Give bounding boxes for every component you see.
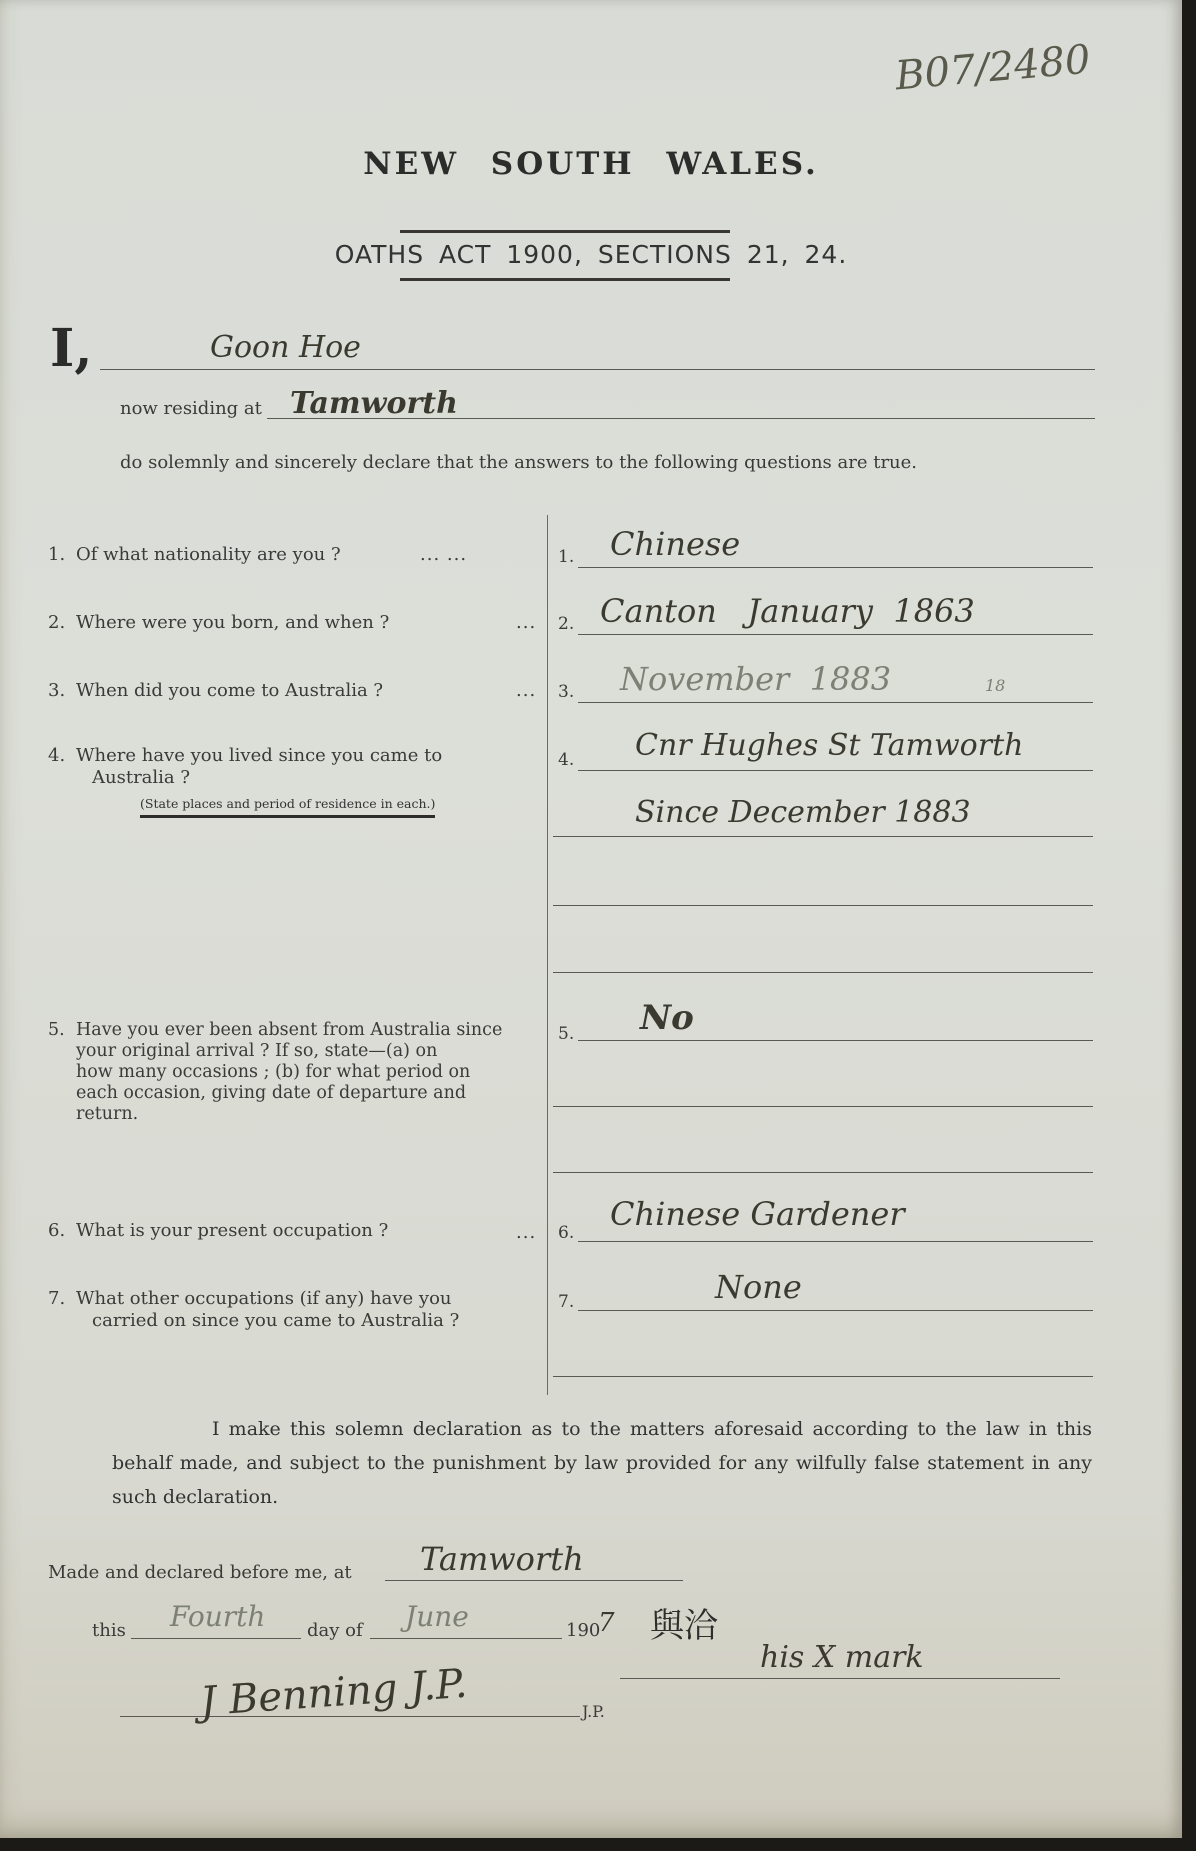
answer-6-number: 6. bbox=[558, 1223, 574, 1243]
place-line bbox=[385, 1580, 683, 1581]
declarant-name: Goon Hoe bbox=[210, 330, 361, 365]
declaration-intro: do solemnly and sincerely declare that t… bbox=[120, 452, 917, 473]
answer-6-line bbox=[578, 1241, 1093, 1242]
answer-5-number: 5. bbox=[558, 1024, 574, 1044]
answer-7-value: None bbox=[715, 1268, 802, 1306]
question-2-leader: ... bbox=[516, 612, 536, 633]
answer-4-number: 4. bbox=[558, 750, 574, 770]
document-page: B07/2480 NEW SOUTH WALES. OATHS ACT 1900… bbox=[0, 0, 1182, 1838]
subtitle-bottom-rule bbox=[400, 278, 730, 281]
made-declared-label: Made and declared before me, at bbox=[48, 1562, 352, 1583]
answer-5-line-3 bbox=[553, 1172, 1093, 1173]
this-label: this bbox=[92, 1620, 126, 1641]
answer-4-line-2 bbox=[553, 836, 1093, 837]
name-line bbox=[100, 369, 1095, 370]
question-2: 2.Where were you born, and when ? bbox=[48, 612, 538, 634]
answer-5-line-2 bbox=[553, 1106, 1093, 1107]
question-4: 4.Where have you lived since you came to… bbox=[48, 745, 538, 789]
question-3: 3.When did you come to Australia ? bbox=[48, 680, 538, 702]
answer-5-value: No bbox=[640, 998, 694, 1038]
column-divider bbox=[547, 515, 548, 1395]
answer-4-line-1 bbox=[578, 770, 1093, 771]
year-suffix: 7 bbox=[598, 1608, 615, 1638]
answer-4-line-4 bbox=[553, 972, 1093, 973]
answer-1-number: 1. bbox=[558, 547, 574, 567]
residing-label: now residing at bbox=[120, 398, 262, 419]
jp-label: J.P. bbox=[582, 1702, 605, 1721]
question-1-leader: ... ... bbox=[420, 544, 467, 565]
subtitle-top-rule bbox=[400, 230, 730, 233]
question-5: 5.Have you ever been absent from Austral… bbox=[48, 1020, 538, 1125]
answer-2-number: 2. bbox=[558, 614, 574, 634]
document-title: NEW SOUTH WALES. bbox=[0, 146, 1182, 182]
question-3-leader: ... bbox=[516, 680, 536, 701]
answer-1-value: Chinese bbox=[610, 525, 740, 563]
solemn-declaration: I make this solemn declaration as to the… bbox=[112, 1412, 1092, 1514]
question-7: 7.What other occupations (if any) have y… bbox=[48, 1288, 538, 1332]
jp-signature-line bbox=[120, 1716, 580, 1717]
answer-6-value: Chinese Gardener bbox=[610, 1195, 905, 1233]
answer-3-line bbox=[578, 702, 1093, 703]
attestation-place: Tamworth bbox=[420, 1540, 584, 1578]
answer-2-line bbox=[578, 634, 1093, 635]
declarant-residence: Tamworth bbox=[290, 386, 458, 421]
answer-2-value: Canton January 1863 bbox=[600, 592, 975, 630]
reference-number: B07/2480 bbox=[893, 37, 1092, 100]
declarant-prefix: I, bbox=[50, 318, 92, 379]
answer-1-line bbox=[578, 567, 1093, 568]
chinese-signature: 與洽 bbox=[650, 1598, 718, 1647]
question-6: 6.What is your present occupation ? bbox=[48, 1220, 538, 1242]
answer-3-number: 3. bbox=[558, 682, 574, 702]
document-subtitle: OATHS ACT 1900, SECTIONS 21, 24. bbox=[0, 240, 1182, 269]
answer-4-value-line-1: Cnr Hughes St Tamworth bbox=[635, 728, 1023, 763]
answer-5-line bbox=[578, 1040, 1093, 1041]
question-6-leader: ... bbox=[516, 1222, 536, 1243]
answer-3-value: November 1883 bbox=[620, 660, 891, 698]
answer-3-note: 18 bbox=[985, 676, 1005, 695]
answer-7-line-2 bbox=[553, 1376, 1093, 1377]
day-line bbox=[131, 1638, 301, 1639]
question-4-note: (State places and period of residence in… bbox=[140, 796, 435, 818]
year-prefix: 190 bbox=[566, 1620, 600, 1641]
signature-line bbox=[620, 1678, 1060, 1679]
month-line bbox=[370, 1638, 562, 1639]
answer-7-line bbox=[578, 1310, 1093, 1311]
declarant-mark: his X mark bbox=[760, 1640, 924, 1675]
attestation-month: June bbox=[405, 1600, 469, 1633]
page-edge-bottom bbox=[0, 1838, 1196, 1851]
day-of-label: day of bbox=[307, 1620, 363, 1641]
answer-4-value-line-2: Since December 1883 bbox=[635, 795, 971, 830]
answer-4-line-3 bbox=[553, 905, 1093, 906]
page-edge-right bbox=[1182, 0, 1196, 1851]
answer-7-number: 7. bbox=[558, 1292, 574, 1312]
attestation-day: Fourth bbox=[170, 1600, 265, 1633]
